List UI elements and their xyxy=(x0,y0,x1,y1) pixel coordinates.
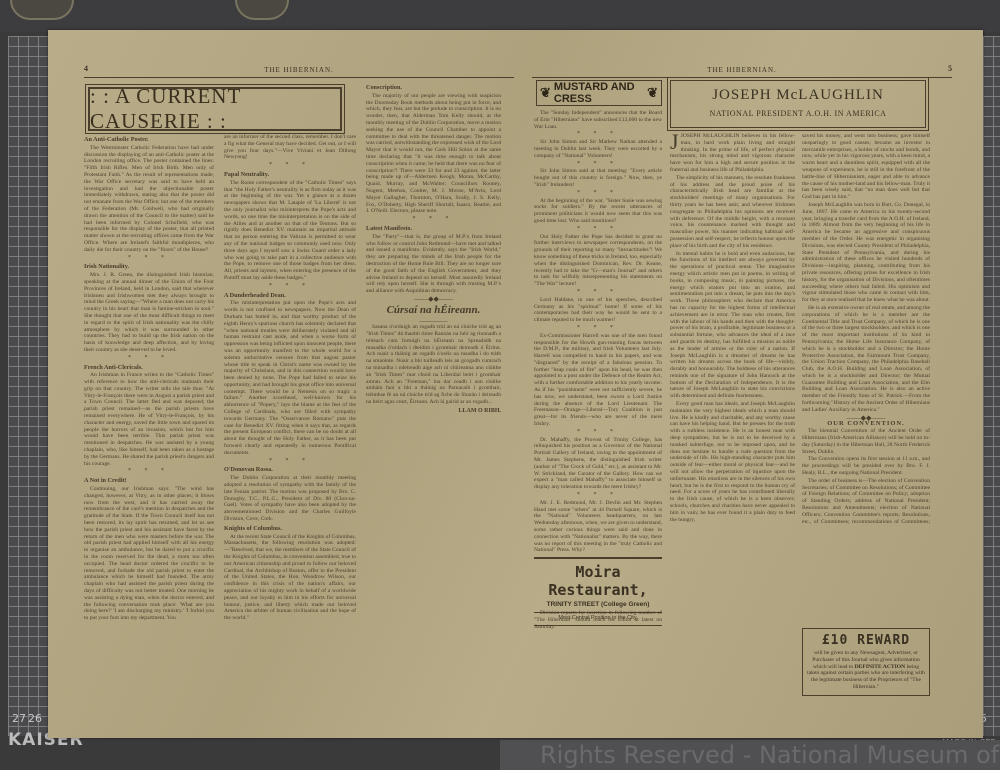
convention-text: The biennial Convention of the Ancient O… xyxy=(802,428,930,455)
article-text: JJOSEPH McLAUGHLIN believes in his fello… xyxy=(670,133,795,174)
causerie-title: : : A CURRENT CAUSERIE : : xyxy=(90,84,340,134)
reward-title: £10 REWARD xyxy=(807,633,925,648)
article-text: The Rome correspondent of the "Catholic … xyxy=(224,180,356,282)
left-page: 4 THE HIBERNIAN. : : A CURRENT CAUSERIE … xyxy=(84,30,514,730)
article-text: The Westminster Catholic Federation have… xyxy=(84,145,214,254)
header-rule xyxy=(532,77,952,78)
mclaughlin-column-1: JJOSEPH McLAUGHLIN believes in his fello… xyxy=(670,133,795,723)
section-divider: * * * xyxy=(534,325,662,332)
binder-clip-center xyxy=(235,0,289,20)
article-signature: LLAM O RIBH. xyxy=(366,408,501,415)
section-divider: * * * xyxy=(534,226,662,233)
article-text: The "Party"—that is, the group of M.P.'s… xyxy=(366,234,501,295)
section-heading: Irish Nationality. xyxy=(84,264,214,271)
section-divider: * * * xyxy=(534,429,662,436)
section-divider: * * * xyxy=(84,355,214,362)
ornament-divider: ——◆◆—— xyxy=(366,296,501,303)
binder-clip-left xyxy=(10,0,74,20)
mustard-item: Sir John Simon and Sir Mathew Nathan att… xyxy=(534,139,662,159)
article-text: Every good man has ideals, and Joseph Mc… xyxy=(670,401,795,523)
section-heading: Latest Manifesto. xyxy=(366,226,501,233)
article-text: At the recent State Council of the Knigh… xyxy=(224,534,356,622)
causerie-column-3: Conscription. The majority of our people… xyxy=(366,82,501,722)
mustard-column: The "Sunday Independent" announces that … xyxy=(534,110,662,552)
convention-text: The Convention opens its first session a… xyxy=(802,456,930,476)
article-text: Joseph McLaughlin was born in Burt, Co. … xyxy=(802,202,930,304)
mclaughlin-title-box: JOSEPH McLAUGHLIN NATIONAL PRESIDENT A.O… xyxy=(670,80,926,128)
article-text: The simplicity of his manners, the resol… xyxy=(670,175,795,250)
reward-emphasis: DEFINITE ACTION xyxy=(855,664,906,670)
drop-cap: J xyxy=(670,133,679,151)
gaelic-article-text: Sasana ó'orduigh an rogadh tríd an ná cl… xyxy=(366,324,501,406)
running-head: THE HIBERNIAN. xyxy=(84,66,514,74)
rights-watermark: Rights Reserved - National Museum of Ire… xyxy=(500,740,1000,770)
section-divider: * * * xyxy=(534,492,662,499)
section-heading: A Not in Credit! xyxy=(84,478,214,485)
section-divider: * * * xyxy=(534,190,662,197)
ruler-number: 26 xyxy=(28,712,42,725)
grid-mat-right xyxy=(983,36,1000,736)
grid-mat-left xyxy=(8,36,48,736)
section-heading: O'Donovan Rossa. xyxy=(224,467,356,474)
ruler-number: 27 xyxy=(12,712,26,725)
article-text: In mental habits he is bold and even aud… xyxy=(670,251,795,401)
section-heading: French Anti-Clericals. xyxy=(84,365,214,372)
causerie-column-1: An Anti-Catholic Poster. The Westminster… xyxy=(84,134,214,724)
section-divider: * * * xyxy=(224,458,356,465)
article-text: The Dublin Corporation at their monthly … xyxy=(224,475,356,523)
section-divider: * * * xyxy=(534,289,662,296)
article-text: He is an extensive owner of real estate,… xyxy=(802,305,930,414)
mustard-item: Sir John Simon said at that meeting: "Ev… xyxy=(534,168,662,188)
section-heading: Knights of Columbus. xyxy=(224,526,356,533)
header-rule xyxy=(84,77,514,78)
feature-subtitle: NATIONAL PRESIDENT A.O.H. IN AMERICA xyxy=(671,109,925,118)
article-text: Continuing, our Irishman says: "The wind… xyxy=(84,486,214,622)
ornament-icon: ❦ xyxy=(647,85,658,101)
section-divider: * * * xyxy=(84,468,214,475)
article-text: The majority of our people are viewing w… xyxy=(366,93,501,215)
convention-text: The order of business is—The election of… xyxy=(802,478,930,525)
mustard-item: Mr. J. E. Redmond, Mr. J. Devlin and Mr.… xyxy=(534,500,662,552)
mustard-item: Our Holy Father the Pope has decided to … xyxy=(534,234,662,288)
causerie-column-2: are an informer of the second class, rem… xyxy=(224,134,356,724)
section-divider: * * * xyxy=(366,216,501,223)
mustard-item: The "Sunday Independent" announces that … xyxy=(534,110,662,130)
section-heading: Conscription. xyxy=(366,85,501,92)
ad-name: Moira Restaurant, xyxy=(534,563,662,599)
mustard-title: MUSTARD AND CRESS xyxy=(554,81,644,105)
running-head: THE HIBERNIAN. xyxy=(532,66,952,74)
section-divider: * * * xyxy=(84,255,214,262)
newspaper-spread: 4 THE HIBERNIAN. : : A CURRENT CAUSERIE … xyxy=(48,30,983,738)
mustard-item: Dr. Mahaffy, the Provost of Trinity Coll… xyxy=(534,437,662,491)
mclaughlin-column-2: saved his money, and went into business;… xyxy=(802,133,930,525)
section-heading: A Dunderheaded Dean. xyxy=(224,293,356,300)
notice-text: Division reports for insertion in follow… xyxy=(534,610,662,630)
mustard-item: Lord Haldane, in one of his speeches, de… xyxy=(534,297,662,324)
ornament-icon: ❦ xyxy=(540,85,551,101)
ad-address: TRINITY STREET (College Green) xyxy=(534,601,662,608)
article-text: are an informer of the second class, rem… xyxy=(224,134,356,161)
section-divider: * * * xyxy=(534,131,662,138)
feature-title: JOSEPH McLAUGHLIN xyxy=(671,87,925,104)
article-text: An Irishman in France writes to the "Cat… xyxy=(84,372,214,467)
short-rule: ———— xyxy=(366,318,501,325)
section-divider: * * * xyxy=(224,162,356,169)
causerie-title-box: : : A CURRENT CAUSERIE : : xyxy=(88,87,342,131)
article-text: The misinterpretation put upon the Pope'… xyxy=(224,300,356,456)
mustard-item: Ex-Commissioner Harrell was one of the m… xyxy=(534,333,662,428)
article-text: Mrs. J. R. Green, the distinguished Iris… xyxy=(84,272,214,354)
section-heading: Papal Neutrality. xyxy=(224,172,356,179)
article-text: saved his money, and went into business;… xyxy=(802,133,930,201)
section-heading: An Anti-Catholic Poster. xyxy=(84,137,214,144)
page-number: 5 xyxy=(948,64,952,73)
gaelic-heading: Cúrsaí na hÉireann. xyxy=(366,307,501,314)
editor-notice: Division reports for insertion in follow… xyxy=(534,610,662,631)
reward-notice-box: £10 REWARD will be given to any Newsagen… xyxy=(802,628,930,696)
mustard-and-cress-title-box: ❦ MUSTARD AND CRESS ❦ xyxy=(536,80,662,106)
section-divider: * * * xyxy=(224,283,356,290)
mustard-item: At the beginning of the war, "Sister Sus… xyxy=(534,198,662,225)
section-divider: * * * xyxy=(534,161,662,168)
right-page: THE HIBERNIAN. 5 ❦ MUSTARD AND CRESS ❦ T… xyxy=(532,30,952,730)
scanner-top-bar xyxy=(0,0,1000,32)
